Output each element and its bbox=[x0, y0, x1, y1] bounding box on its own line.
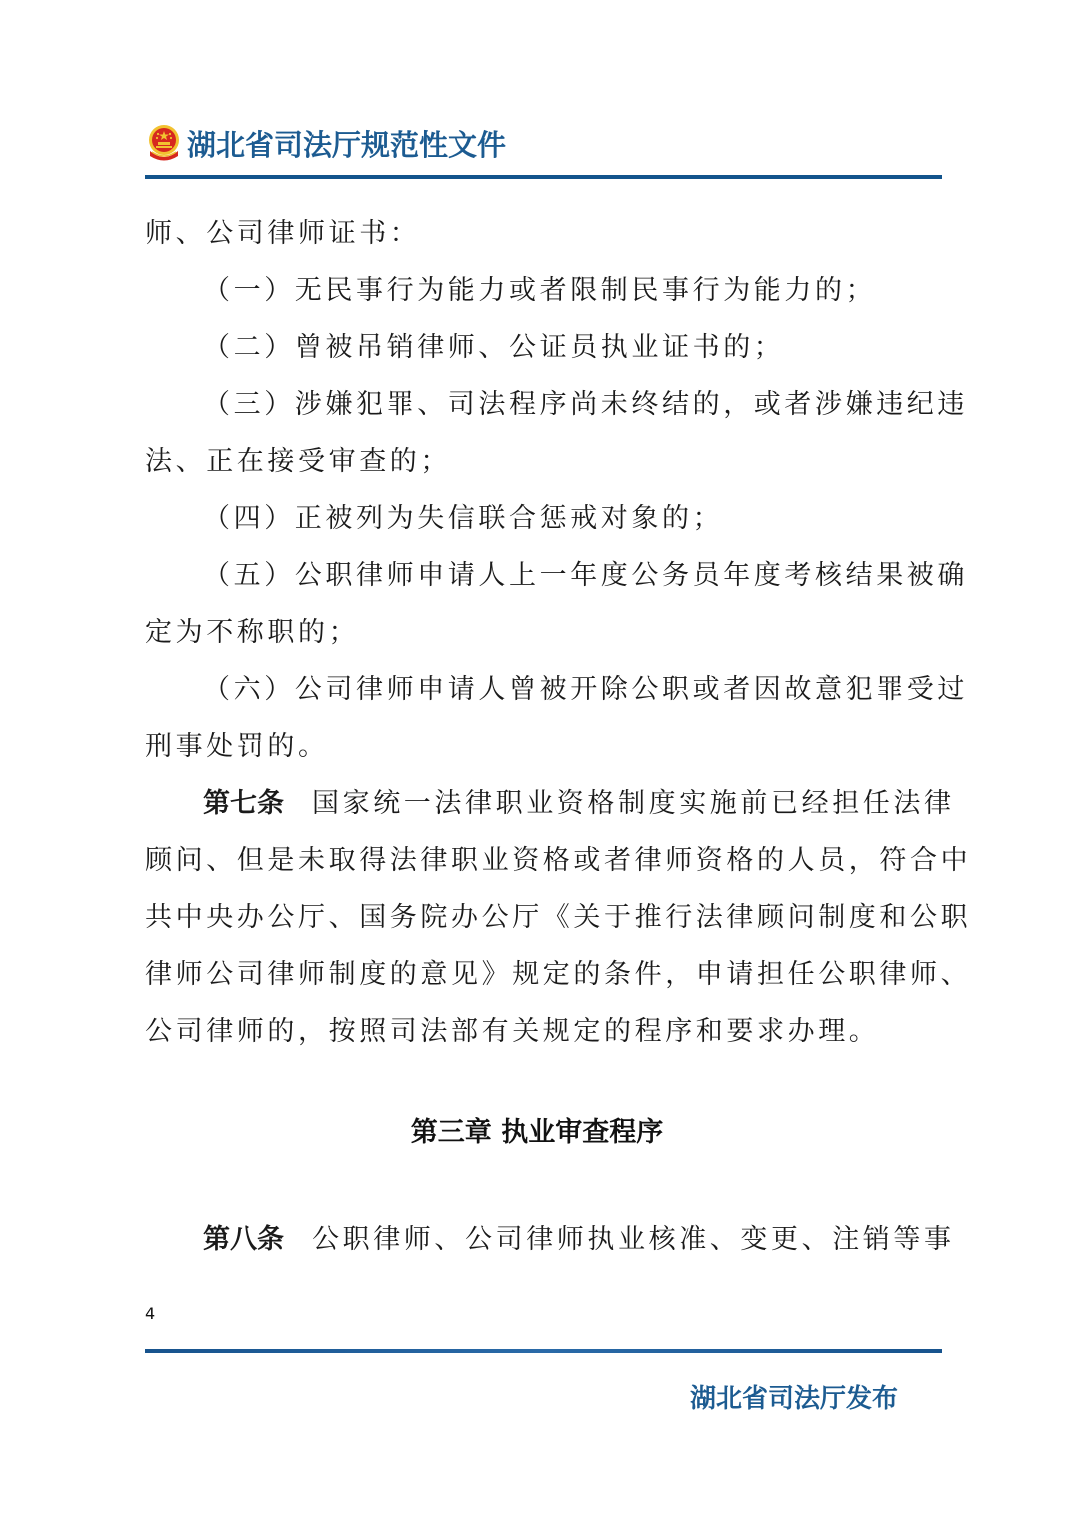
header-title: 湖北省司法厅规范性文件 bbox=[187, 123, 506, 164]
article-8-line: 第八条公职律师、公司律师执业核准、变更、注销等事 bbox=[145, 1211, 955, 1268]
list-item-6-cont: 刑事处罚的。 bbox=[145, 718, 935, 775]
article-7-line: 共中央办公厅、国务院办公厅《关于推行法律顾问制度和公职 bbox=[145, 889, 935, 946]
list-item-3: （三）涉嫌犯罪、司法程序尚未终结的，或者涉嫌违纪违 bbox=[145, 376, 935, 433]
list-item-2: （二）曾被吊销律师、公证员执业证书的； bbox=[145, 319, 935, 376]
body-line: 师、公司律师证书： bbox=[145, 205, 935, 262]
document-body: 师、公司律师证书： （一）无民事行为能力或者限制民事行为能力的； （二）曾被吊销… bbox=[145, 205, 935, 1060]
list-item-5: （五）公职律师申请人上一年度公务员年度考核结果被确 bbox=[145, 547, 935, 604]
document-header: 湖北省司法厅规范性文件 bbox=[145, 118, 506, 168]
footer-publisher: 湖北省司法厅发布 bbox=[690, 1378, 898, 1415]
header-divider bbox=[145, 175, 942, 179]
article-7-line: 顾问、但是未取得法律职业资格或者律师资格的人员，符合中 bbox=[145, 832, 935, 889]
article-7-line: 律师公司律师制度的意见》规定的条件，申请担任公职律师、 bbox=[145, 946, 935, 1003]
article-7-label: 第七条 bbox=[203, 788, 284, 819]
list-item-5-cont: 定为不称职的； bbox=[145, 604, 935, 661]
footer-divider bbox=[145, 1349, 942, 1353]
list-item-1: （一）无民事行为能力或者限制民事行为能力的； bbox=[145, 262, 935, 319]
list-item-6: （六）公司律师申请人曾被开除公职或者因故意犯罪受过 bbox=[145, 661, 935, 718]
article-7: 第七条国家统一法律职业资格制度实施前已经担任法律 bbox=[145, 775, 935, 832]
list-item-4: （四）正被列为失信联合惩戒对象的； bbox=[145, 490, 935, 547]
article-8: 第八条公职律师、公司律师执业核准、变更、注销等事 bbox=[145, 1211, 955, 1268]
article-8-label: 第八条 bbox=[203, 1224, 284, 1255]
list-item-3-cont: 法、正在接受审查的； bbox=[145, 433, 935, 490]
article-7-line: 公司律师的，按照司法部有关规定的程序和要求办理。 bbox=[145, 1003, 935, 1060]
national-emblem-icon bbox=[145, 123, 183, 163]
page-number: 4 bbox=[145, 1304, 155, 1323]
chapter-heading: 第三章 执业审查程序 bbox=[0, 1110, 1074, 1149]
article-7-text: 国家统一法律职业资格制度实施前已经担任法律 bbox=[312, 788, 955, 819]
article-8-text: 公职律师、公司律师执业核准、变更、注销等事 bbox=[312, 1224, 955, 1255]
